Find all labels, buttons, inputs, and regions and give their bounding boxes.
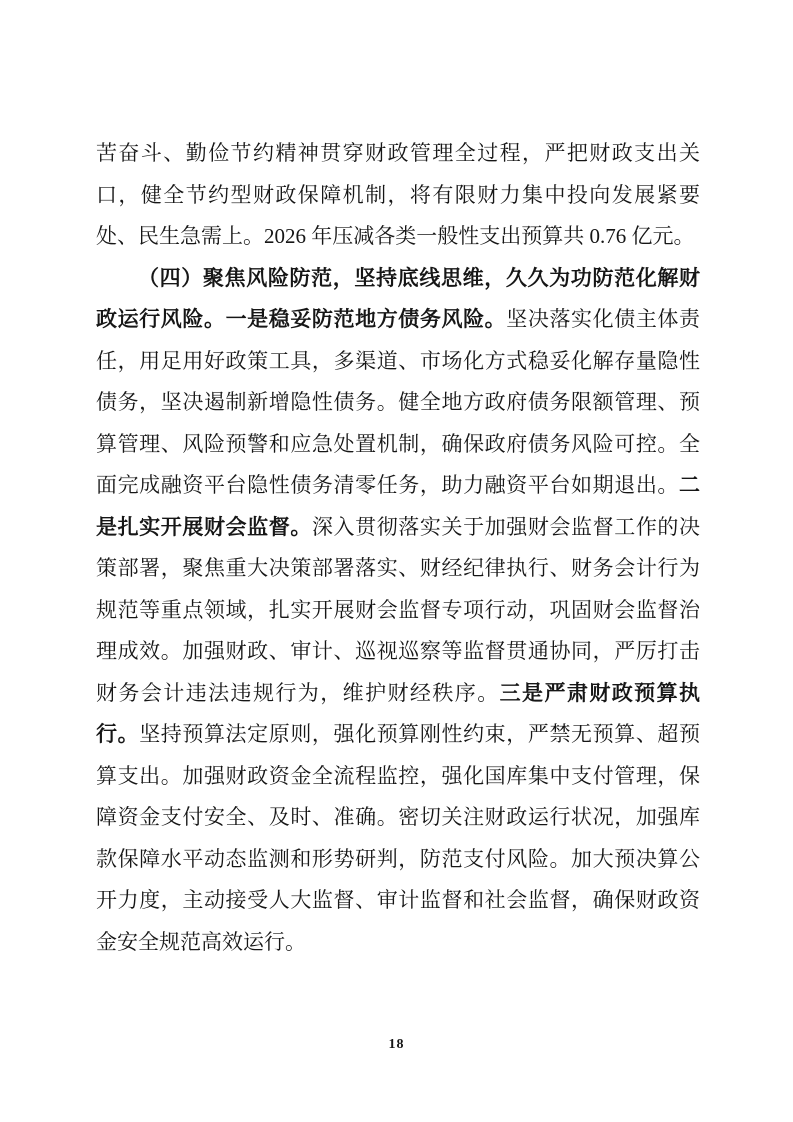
document-page: 苦奋斗、勤俭节约精神贯穿财政管理全过程，严把财政支出关口，健全节约型财政保障机制… [0, 0, 793, 1122]
text-run: 坚决落实化债主体责任，用足用好政策工具，多渠道、市场化方式稳妥化解存量隐性债务，… [96, 307, 700, 497]
page-number: 18 [0, 1037, 793, 1053]
paragraph-section-four: （四）聚焦风险防范，坚持底线思维，久久为功防范化解财政运行风险。一是稳妥防范地方… [96, 258, 700, 964]
text-run-bold: 一是稳妥防范地方债务风险。 [226, 307, 507, 331]
document-body: 苦奋斗、勤俭节约精神贯穿财政管理全过程，严把财政支出关口，健全节约型财政保障机制… [96, 133, 700, 963]
text-run: 坚持预算法定原则，强化预算刚性约束，严禁无预算、超预算支出。加强财政资金全流程监… [96, 722, 700, 954]
text-run: 深入贯彻落实关于加强财会监督工作的决策部署，聚焦重大决策部署落实、财经纪律执行、… [96, 515, 700, 705]
paragraph-continuation: 苦奋斗、勤俭节约精神贯穿财政管理全过程，严把财政支出关口，健全节约型财政保障机制… [96, 133, 700, 258]
text-run: 苦奋斗、勤俭节约精神贯穿财政管理全过程，严把财政支出关口，健全节约型财政保障机制… [96, 141, 700, 248]
